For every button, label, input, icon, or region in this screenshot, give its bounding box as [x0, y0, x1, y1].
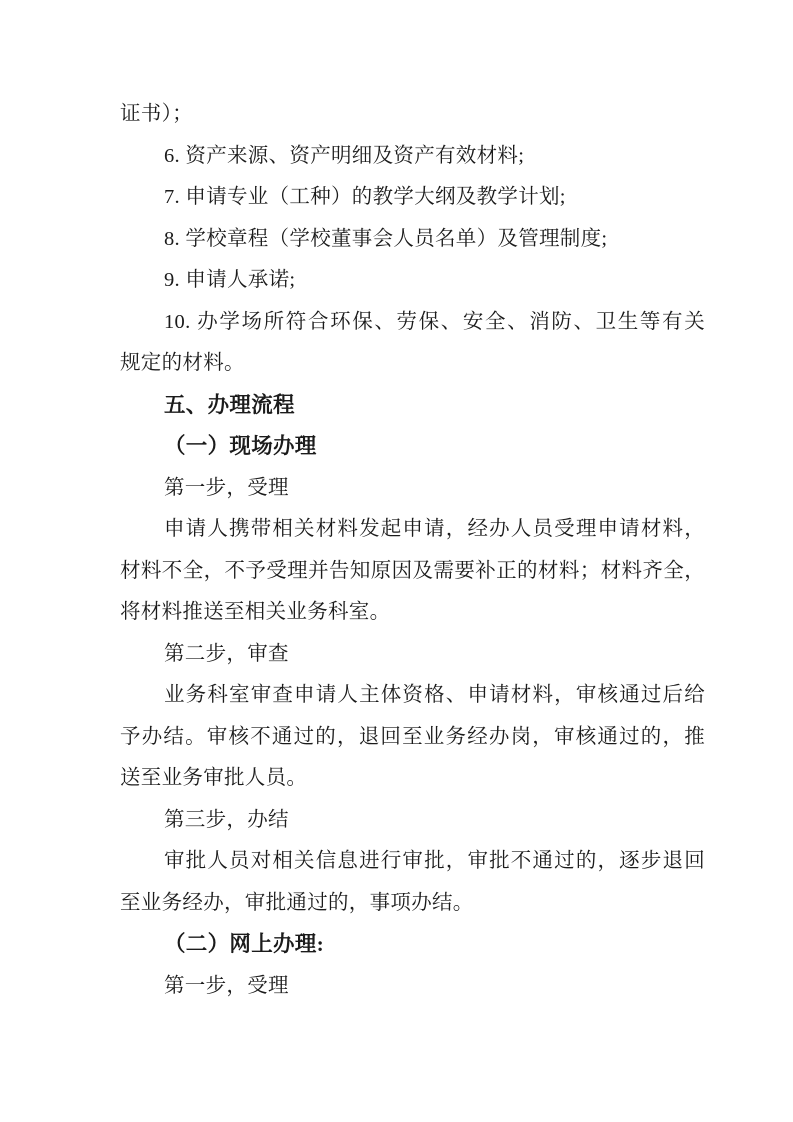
- document-text-line: 审批人员对相关信息进行审批，审批不通过的，逐步退回: [120, 841, 705, 883]
- document-heading-line: （二）网上办理:: [120, 924, 705, 966]
- document-body: 证书）；6. 资产来源、资产明细及资产有效材料;7. 申请专业（工种）的教学大纲…: [120, 94, 705, 1007]
- document-text-line: 材料不全，不予受理并告知原因及需要补正的材料；材料齐全，: [120, 551, 705, 593]
- document-text-line: 10. 办学场所符合环保、劳保、安全、消防、卫生等有关: [120, 302, 705, 344]
- document-text-line: 第三步，办结: [120, 800, 705, 842]
- document-text-line: 证书）；: [120, 94, 705, 136]
- document-text-line: 第二步，审查: [120, 634, 705, 676]
- document-text-line: 7. 申请专业（工种）的教学大纲及教学计划;: [120, 177, 705, 219]
- document-text-line: 业务科室审查申请人主体资格、申请材料，审核通过后给: [120, 675, 705, 717]
- document-text-line: 规定的材料。: [120, 343, 705, 385]
- document-text-line: 送至业务审批人员。: [120, 758, 705, 800]
- document-text-line: 将材料推送至相关业务科室。: [120, 592, 705, 634]
- document-heading-line: （一）现场办理: [120, 426, 705, 468]
- document-text-line: 予办结。审核不通过的，退回至业务经办岗，审核通过的，推: [120, 717, 705, 759]
- document-heading-line: 五、办理流程: [120, 385, 705, 427]
- document-text-line: 第一步，受理: [120, 966, 705, 1008]
- document-text-line: 至业务经办，审批通过的，事项办结。: [120, 883, 705, 925]
- document-text-line: 8. 学校章程（学校董事会人员名单）及管理制度;: [120, 219, 705, 261]
- document-text-line: 6. 资产来源、资产明细及资产有效材料;: [120, 136, 705, 178]
- document-text-line: 第一步，受理: [120, 468, 705, 510]
- document-text-line: 申请人携带相关材料发起申请，经办人员受理申请材料，: [120, 509, 705, 551]
- document-page: 证书）；6. 资产来源、资产明细及资产有效材料;7. 申请专业（工种）的教学大纲…: [0, 0, 793, 1122]
- document-text-line: 9. 申请人承诺;: [120, 260, 705, 302]
